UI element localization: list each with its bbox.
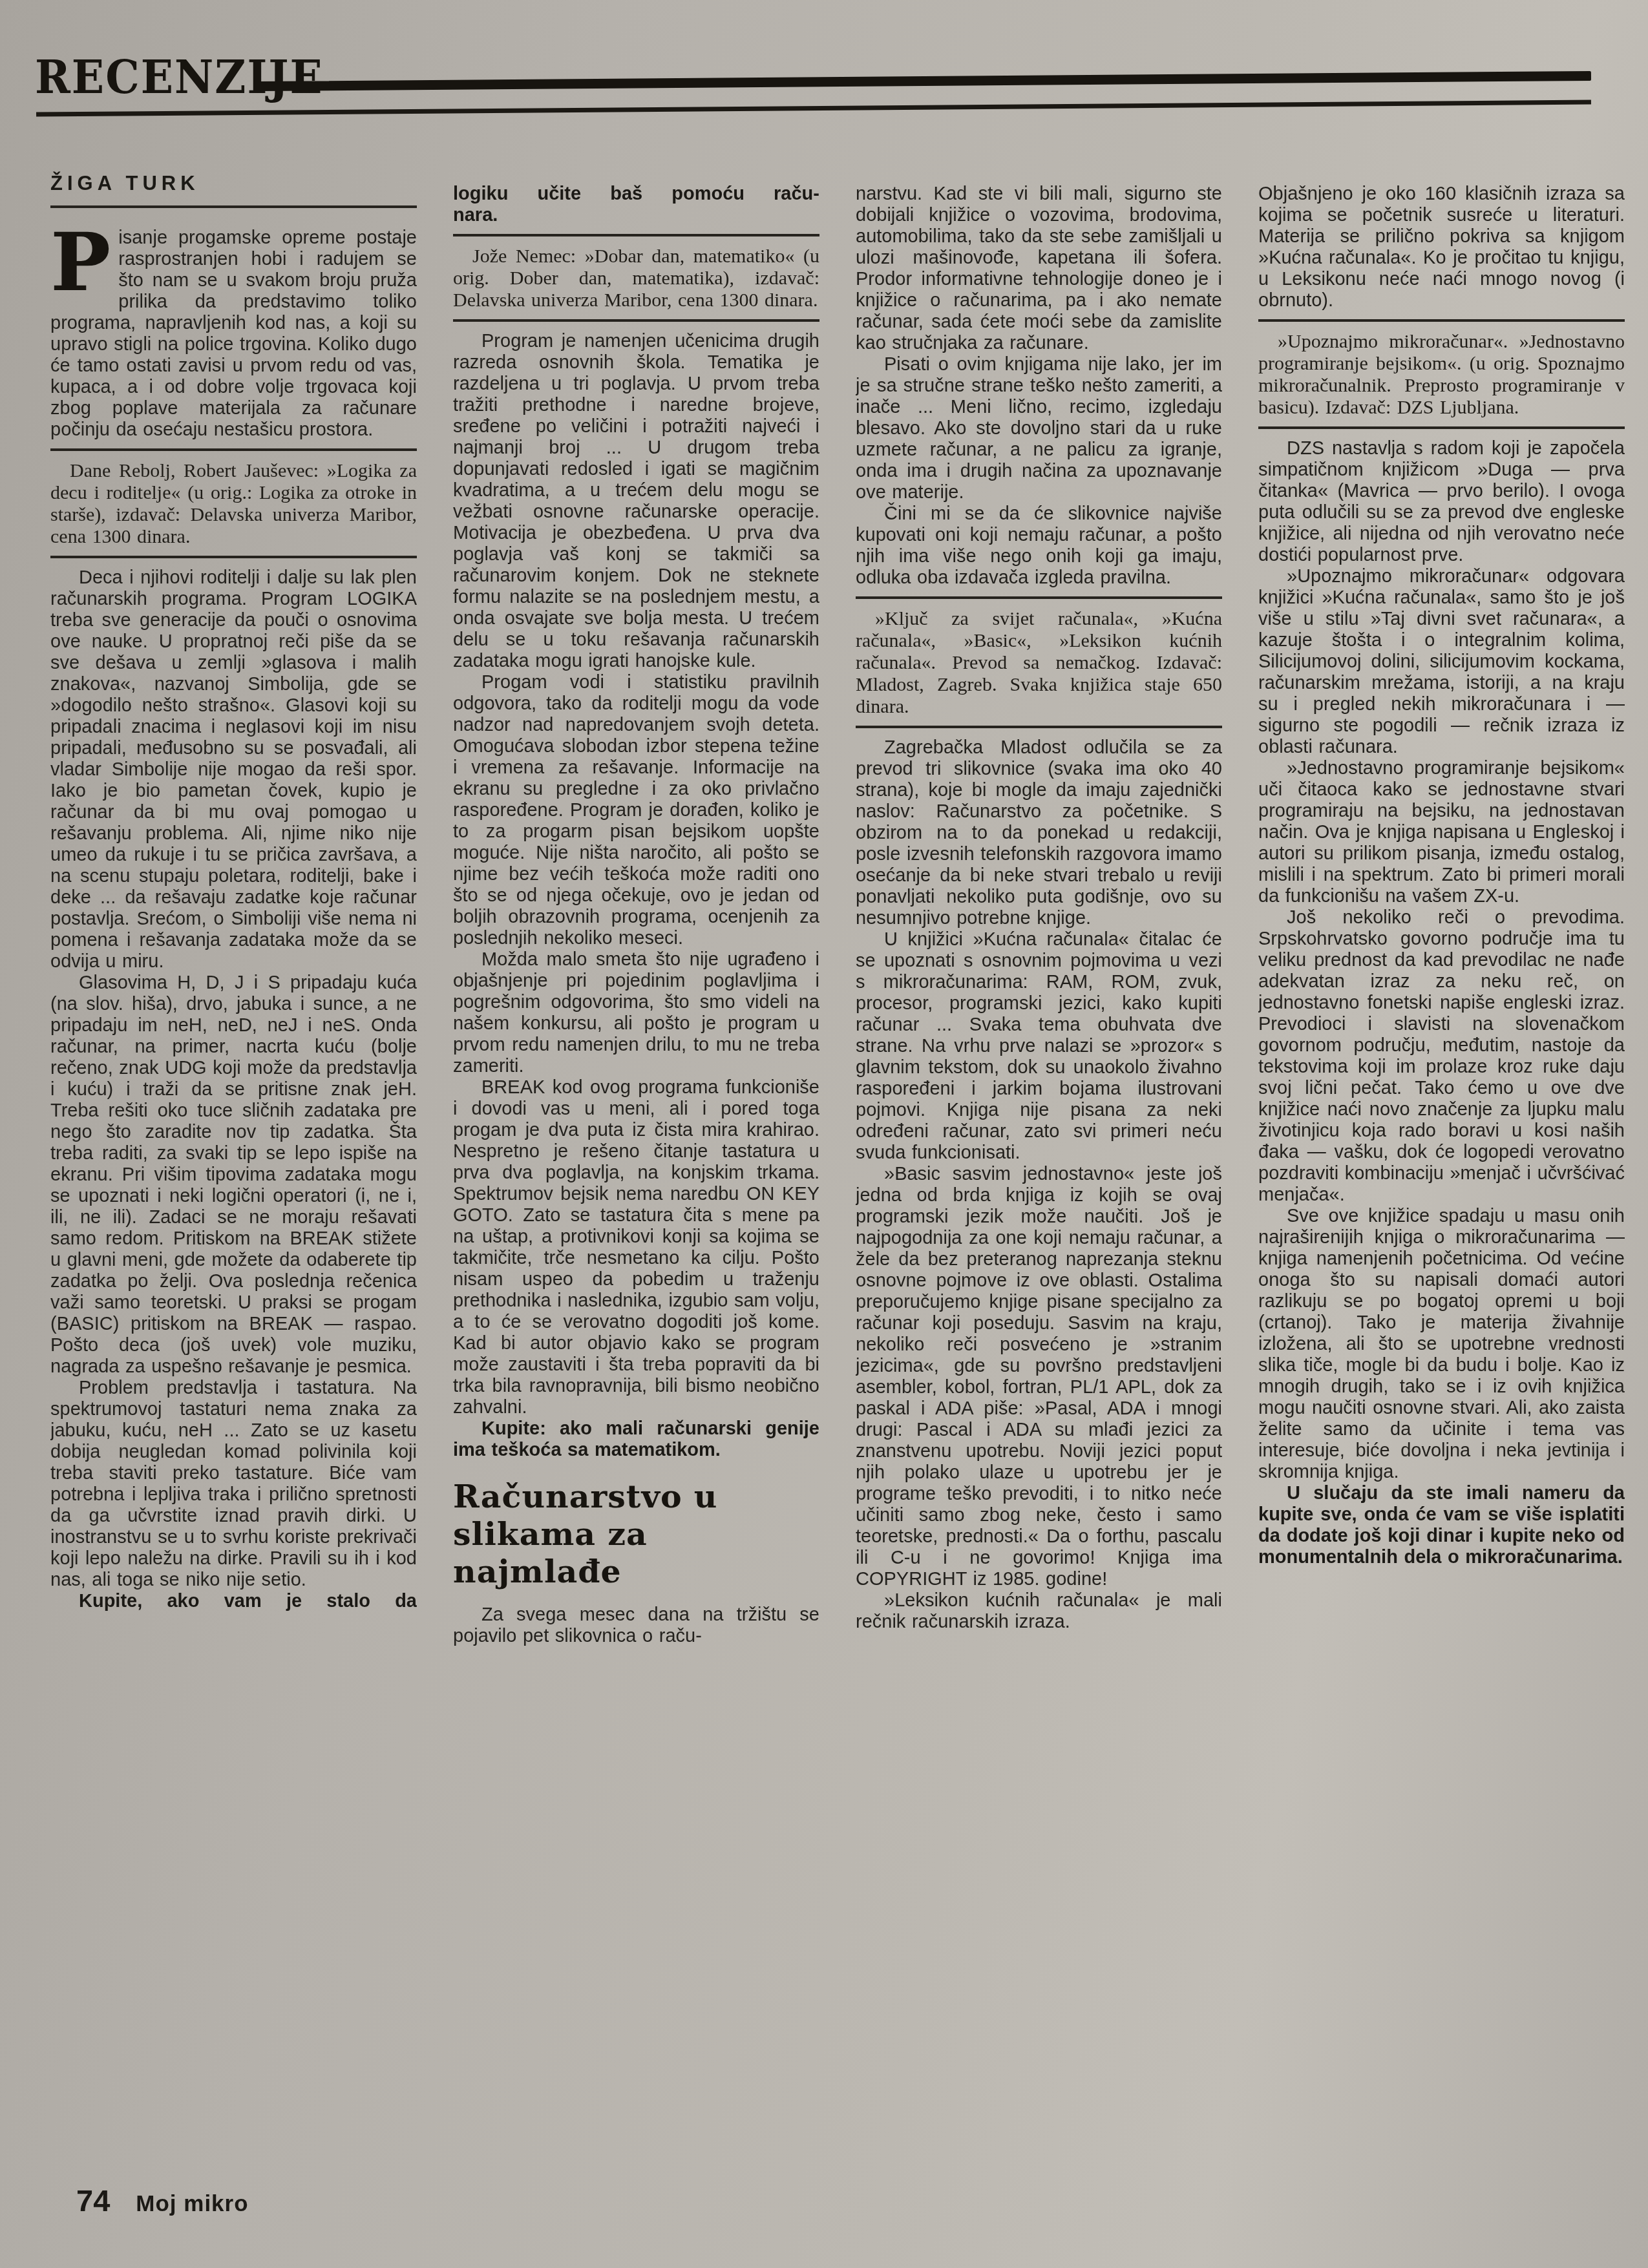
section-rule [453, 319, 819, 322]
drop-cap: P [50, 227, 118, 293]
paragraph: »Jednostavno programiranje bejsikom« uči… [1258, 758, 1625, 907]
page-number: 74 [76, 2183, 110, 2218]
book-credit: Dane Rebolj, Robert Jauševec: »Logika za… [50, 460, 417, 548]
page-footer: 74 Moj mikro [76, 2183, 249, 2218]
section-title: RECENZIJE [35, 50, 324, 104]
book-credit: »Upoznajmo mikroračunar«. »Jednostavno p… [1258, 331, 1625, 419]
paragraph: Još nekoliko reči o prevodima. Srpskohrv… [1258, 907, 1625, 1206]
paragraph: »Basic sasvim jednostavno« jeste još jed… [856, 1164, 1222, 1590]
paragraph: U knjižici »Kućna računala« čitalac će s… [856, 929, 1222, 1164]
bold-paragraph: logiku učite baš pomoću raču- nara. [453, 184, 819, 226]
section-rule [856, 596, 1222, 599]
paragraph: Sve ove knjižice spadaju u masu onih naj… [1258, 1206, 1625, 1483]
magazine-name: Moj mikro [136, 2191, 248, 2217]
paragraph: Problem predstavlja i tastatura. Na spek… [50, 1378, 417, 1591]
article-headline: Računarstvo u slikama za najmlađe [453, 1478, 819, 1590]
byline: ŽIGA TURK [50, 169, 417, 208]
section-rule [453, 234, 819, 236]
column-4: Objašnjeno je oko 160 klasičnih izraza s… [1258, 169, 1625, 2182]
article-columns: ŽIGA TURKPisanje progamske opreme postaj… [50, 169, 1625, 2182]
section-rule [1258, 319, 1625, 322]
bold-paragraph: U slučaju da ste imali nameru da kupite … [1258, 1483, 1625, 1568]
paragraph: Progam vodi i statistiku pravilnih odgov… [453, 672, 819, 949]
paragraph: »Upoznajmo mikroračunar« odgovara knjiži… [1258, 566, 1625, 758]
paragraph: Zagrebačka Mladost odlučila se za prevod… [856, 737, 1222, 929]
section-rule [1258, 426, 1625, 429]
column-3: narstvu. Kad ste vi bili mali, sigurno s… [856, 169, 1222, 2182]
paragraph: Objašnjeno je oko 160 klasičnih izraza s… [1258, 184, 1625, 311]
paragraph: Za svega mesec dana na tržištu se pojavi… [453, 1604, 819, 1647]
paragraph: Čini mi se da će slikovnice najviše kupo… [856, 503, 1222, 589]
paragraph: narstvu. Kad ste vi bili mali, sigurno s… [856, 184, 1222, 354]
section-rule [50, 448, 417, 451]
lead-paragraph: Pisanje progamske opreme postaje raspros… [50, 227, 417, 441]
paragraph: BREAK kod ovog programa funkcioniše i do… [453, 1077, 819, 1418]
book-credit: »Ključ za svijet računala«, »Kućna račun… [856, 608, 1222, 718]
column-1: ŽIGA TURKPisanje progamske opreme postaj… [50, 169, 417, 2182]
book-credit: Jože Nemec: »Dobar dan, matematiko« (u o… [453, 246, 819, 311]
paragraph: Pisati o ovim knjigama nije lako, jer im… [856, 354, 1222, 503]
paragraph: Program je namenjen učenicima drugih raz… [453, 331, 819, 672]
section-rule [856, 726, 1222, 728]
paragraph: Možda malo smeta što nije ugrađeno i obj… [453, 949, 819, 1077]
paragraph: Glasovima H, D, J i S pripadaju kuća (na… [50, 972, 417, 1378]
section-rule [50, 556, 417, 558]
bold-paragraph: Kupite: ako mali računarski genije ima t… [453, 1418, 819, 1461]
column-2: logiku učite baš pomoću raču- nara.Jože … [453, 169, 819, 2182]
masthead-rule-thick [260, 71, 1591, 91]
bold-paragraph: Kupite, ako vam je stalo da [50, 1591, 417, 1612]
paragraph: DZS nastavlja s radom koji je započela s… [1258, 438, 1625, 566]
paragraph: »Leksikon kućnih računala« je mali rečni… [856, 1590, 1222, 1633]
paragraph: Deca i njihovi roditelji i dalje su lak … [50, 567, 417, 972]
